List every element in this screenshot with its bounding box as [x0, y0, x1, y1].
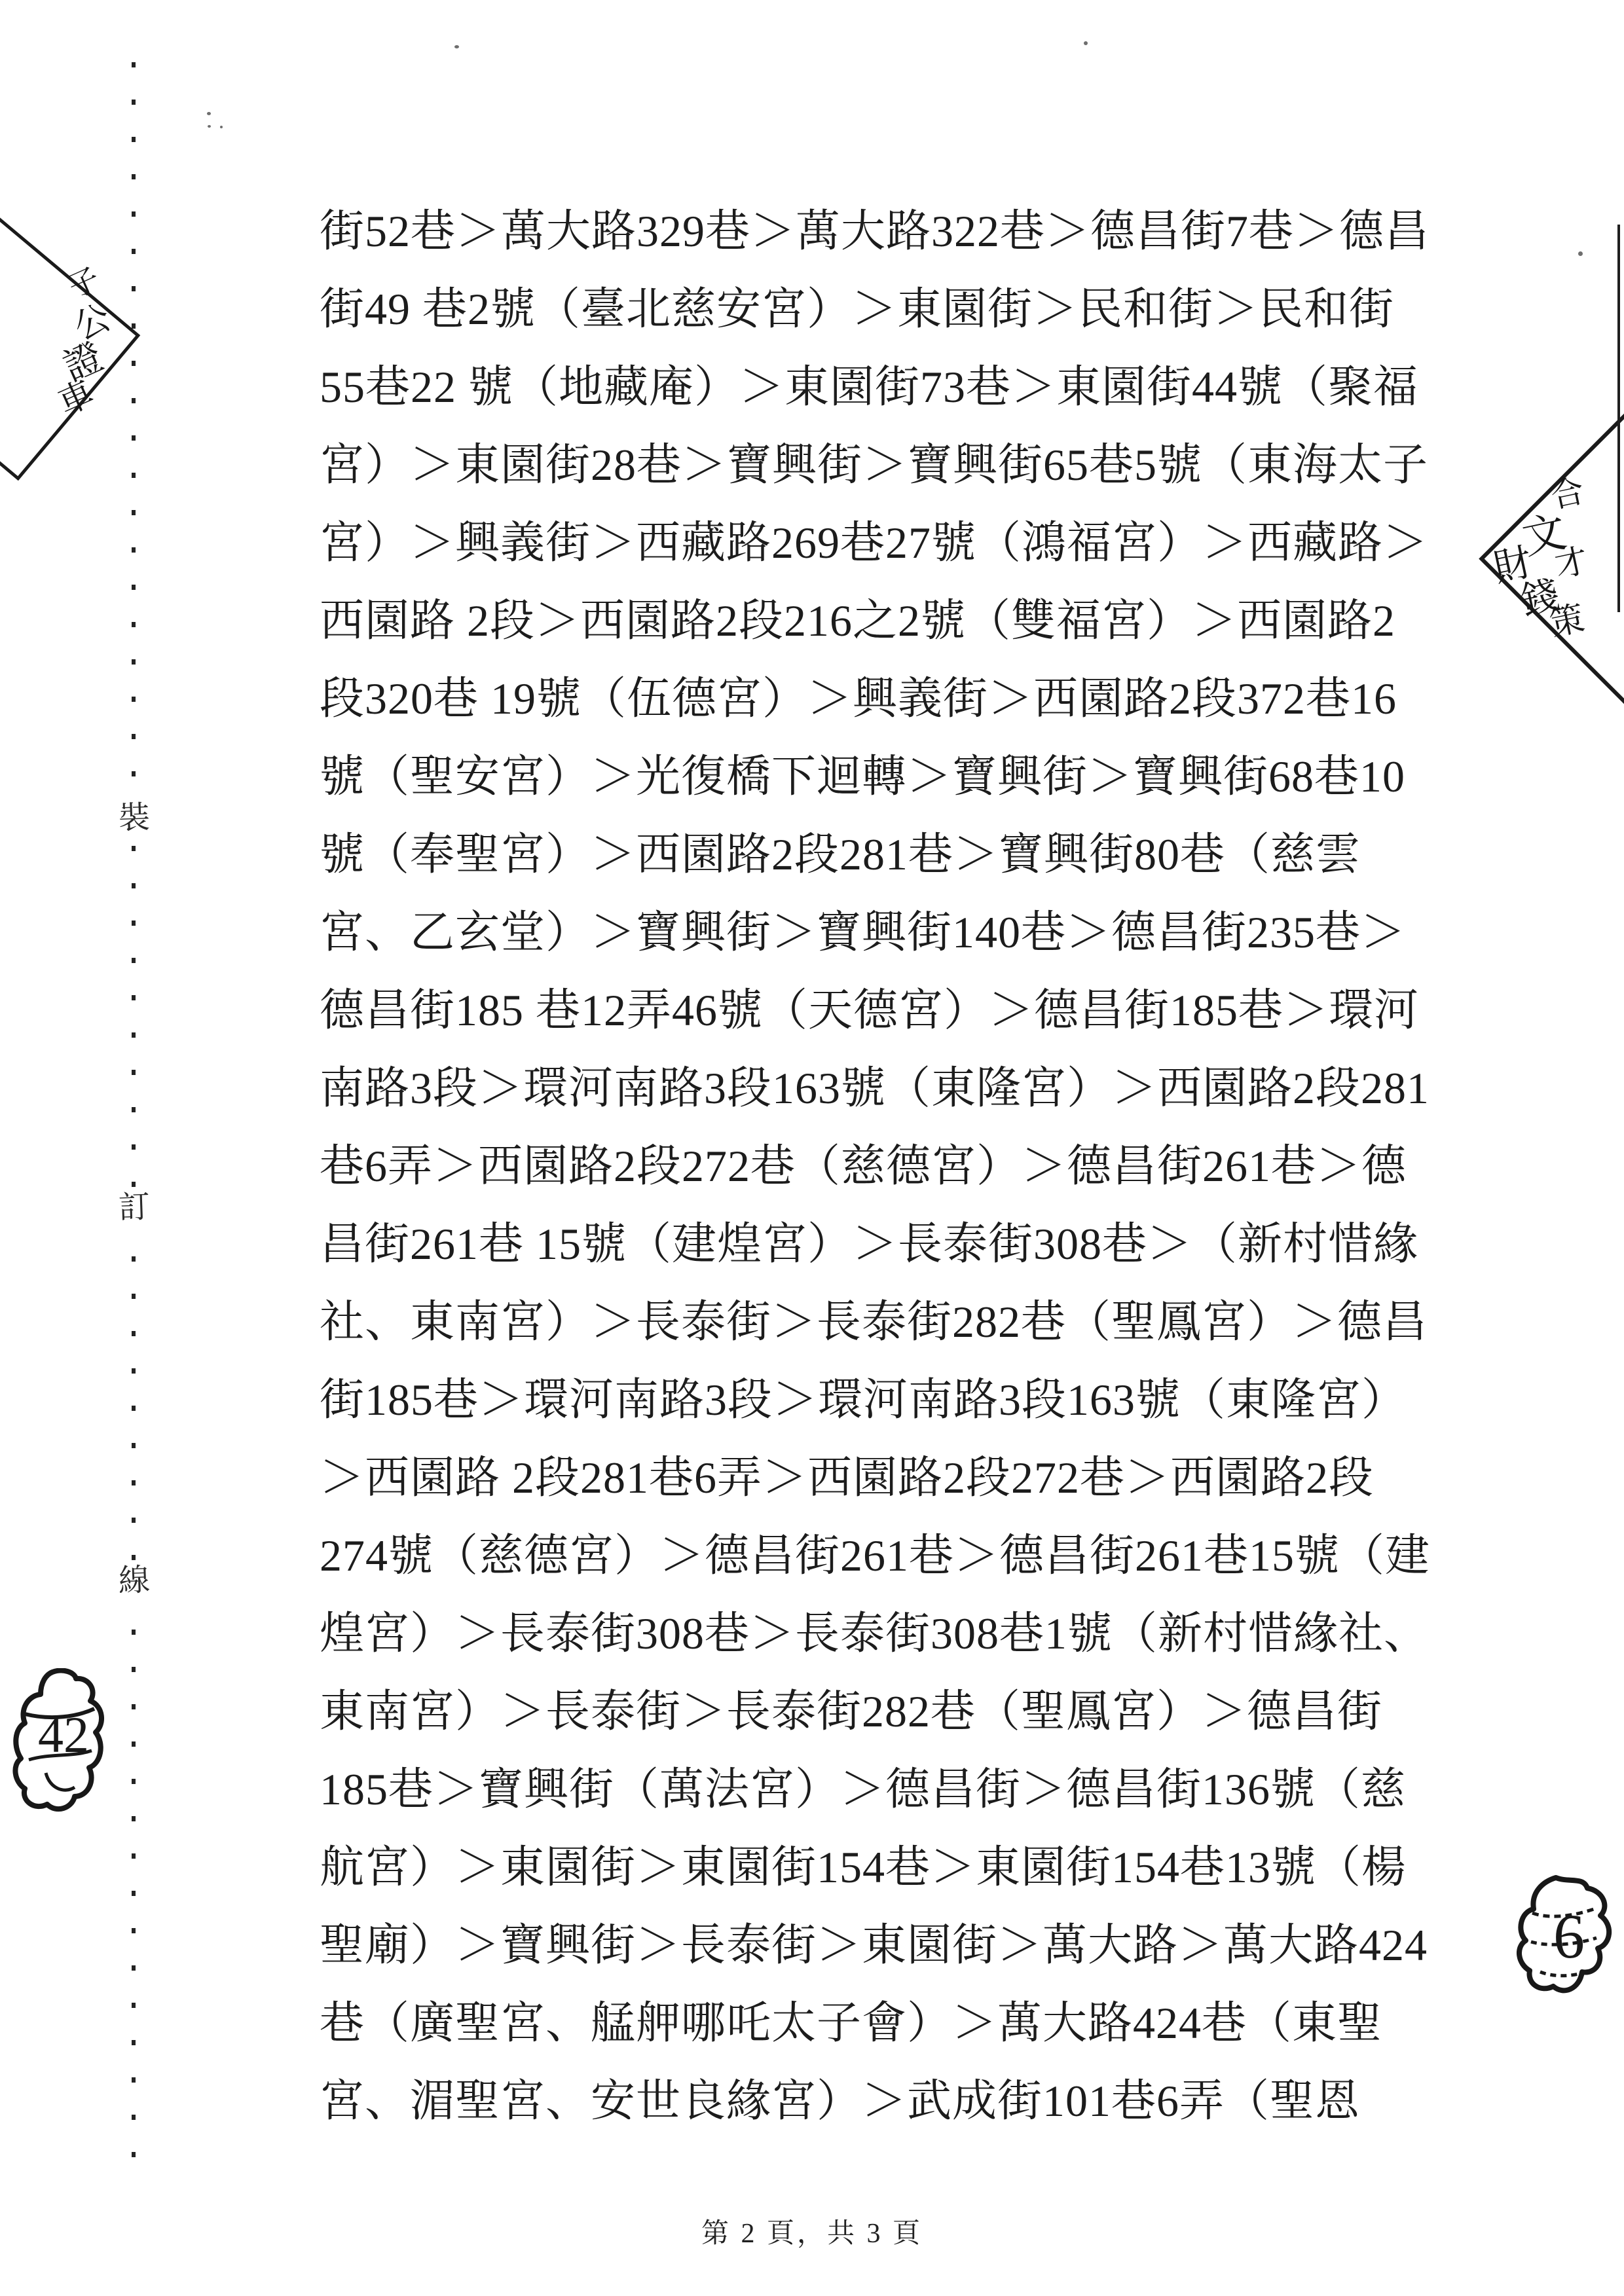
route-text-line: 巷（廣聖宮、艋舺哪吒太子會）＞萬大路424巷（東聖 — [320, 1984, 1459, 2062]
number-42-stamp: 42 — [12, 1668, 130, 1825]
route-text-line: 274號（慈德宮）＞德昌街261巷＞德昌街261巷15號（建 — [320, 1517, 1459, 1595]
scan-speck — [454, 45, 459, 48]
binding-label-xian: 線 — [115, 1559, 154, 1603]
route-text-line: 航宮）＞東園街＞東園街154巷＞東園街154巷13號（楊 — [320, 1829, 1459, 1906]
route-text-line: 宮）＞興義街＞西藏路269巷27號（鴻福宮）＞西藏路＞ — [320, 504, 1459, 582]
scan-speck — [1578, 251, 1583, 256]
route-text-line: ＞西園路 2段281巷6弄＞西園路2段272巷＞西園路2段 — [320, 1439, 1459, 1517]
route-text-line: 段320巷 19號（伍德宮）＞興義街＞西園路2段372巷16 — [320, 660, 1459, 738]
route-text-line: 街52巷＞萬大路329巷＞萬大路322巷＞德昌街7巷＞德昌 — [320, 192, 1459, 270]
route-text-line: 昌街261巷 15號（建煌宮）＞長泰街308巷＞（新村惜緣 — [320, 1205, 1459, 1283]
scan-speck — [1084, 41, 1088, 45]
scan-speck — [208, 125, 211, 128]
route-text-line: 號（奉聖宮）＞西園路2段281巷＞寶興街80巷（慈雲 — [320, 816, 1459, 894]
route-text-line: 宮、湄聖宮、安世良緣宮）＞武成街101巷6弄（聖恩 — [320, 2062, 1459, 2140]
scan-edge-line — [1617, 225, 1620, 612]
route-text-line: 185巷＞寶興街（萬法宮）＞德昌街＞德昌街136號（慈 — [320, 1751, 1459, 1829]
stamp-42-inner-line — [46, 1773, 75, 1790]
route-text-line: 街49 巷2號（臺北慈安宮）＞東園街＞民和街＞民和街 — [320, 270, 1459, 348]
route-text-line: 宮）＞東園街28巷＞寶興街＞寶興街65巷5號（東海太子 — [320, 426, 1459, 504]
route-text-line: 巷6弄＞西園路2段272巷（慈德宮）＞德昌街261巷＞德 — [320, 1127, 1459, 1205]
binding-dotted-line — [132, 62, 136, 2160]
route-text-line: 聖廟）＞寶興街＞長泰街＞東園街＞萬大路＞萬大路424 — [320, 1906, 1459, 1984]
route-text-line: 德昌街185 巷12弄46號（天德宮）＞德昌街185巷＞環河 — [320, 972, 1459, 1049]
route-text-line: 55巷22 號（地藏庵）＞東園街73巷＞東園街44號（聚福 — [320, 348, 1459, 426]
route-text-line: 街185巷＞環河南路3段＞環河南路3段163號（東隆宮） — [320, 1361, 1459, 1439]
route-text-line: 社、東南宮）＞長泰街＞長泰街282巷（聖鳳宮）＞德昌 — [320, 1283, 1459, 1361]
route-text-line: 煌宮）＞長泰街308巷＞長泰街308巷1號（新村惜緣社、 — [320, 1595, 1459, 1673]
binding-label-zhuang: 裝 — [115, 797, 154, 840]
route-text-line: 西園路 2段＞西園路2段216之2號（雙福宮）＞西園路2 — [320, 582, 1459, 660]
number-6-stamp: 6 — [1514, 1874, 1624, 2014]
route-text-line: 南路3段＞環河南路3段163號（東隆宮）＞西園路2段281 — [320, 1049, 1459, 1127]
route-text-block: 街52巷＞萬大路329巷＞萬大路322巷＞德昌街7巷＞德昌街49 巷2號（臺北慈… — [320, 192, 1459, 2140]
stamp-6-number: 6 — [1553, 1901, 1585, 1971]
route-text-line: 宮、乙玄堂）＞寶興街＞寶興街140巷＞德昌街235巷＞ — [320, 894, 1459, 972]
route-text-line: 號（聖安宮）＞光復橋下迴轉＞寶興街＞寶興街68巷10 — [320, 738, 1459, 816]
binding-label-ding: 訂 — [115, 1186, 154, 1230]
scan-speck — [220, 126, 223, 128]
page-footer: 第 2 頁，共 3 頁 — [0, 2212, 1624, 2251]
route-text-line: 東南宮）＞長泰街＞長泰街282巷（聖鳳宮）＞德昌街 — [320, 1673, 1459, 1751]
scanned-document-page: 裝 訂 線 子 公 證 車 合 文 財 才 錢 策 街52巷＞萬大路329巷＞萬… — [0, 0, 1624, 2296]
stamp-42-number: 42 — [38, 1706, 89, 1763]
scan-speck — [207, 112, 211, 115]
